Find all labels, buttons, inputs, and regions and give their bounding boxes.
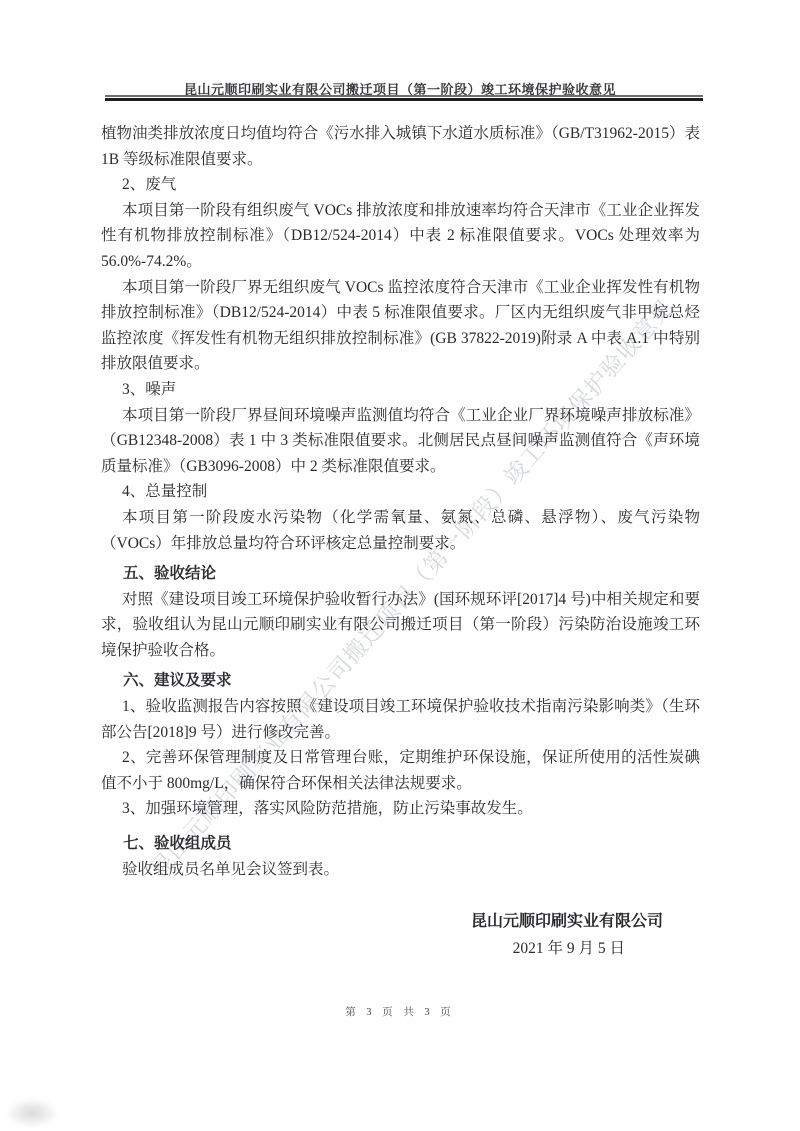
header-rule-thin-line xyxy=(105,95,703,97)
document-page: 昆山元顺印刷实业有限公司搬迁项目（第一阶段）竣工环境保护验收意见 昆山元顺印刷实… xyxy=(0,0,800,1131)
section-heading-members: 七、验收组成员 xyxy=(101,831,700,857)
subheading-noise: 3、噪声 xyxy=(101,377,700,403)
paragraph-suggestion-2: 2、完善环保管理制度及日常管理台账，定期维护环保设施，保证所使用的活性炭碘值不小… xyxy=(101,745,700,796)
paragraph-noise: 本项目第一阶段厂界昼间环境噪声监测值均符合《工业企业厂界环境噪声排放标准》（GB… xyxy=(101,403,700,480)
paragraph-suggestion-1: 1、验收监测报告内容按照《建设项目竣工环境保护验收技术指南污染影响类》（生环部公… xyxy=(101,694,700,745)
section-heading-conclusion: 五、验收结论 xyxy=(101,561,700,587)
header-rule-thick-line xyxy=(105,98,703,101)
subheading-waste-gas: 2、废气 xyxy=(101,172,700,198)
paragraph-waste-gas-organized: 本项目第一阶段有组织废气 VOCs 排放浓度和排放速率均符合天津市《工业企业挥发… xyxy=(101,198,700,275)
paragraph-suggestion-3: 3、加强环境管理，落实风险防范措施，防止污染事故发生。 xyxy=(101,796,700,822)
signature-date: 2021 年 9 月 5 日 xyxy=(101,935,700,962)
scan-artifact-smudge xyxy=(6,1098,58,1128)
paragraph-total-control: 本项目第一阶段废水污染物（化学需氧量、氨氮、总磷、悬浮物）、废气污染物（VOCs… xyxy=(101,505,700,556)
paragraph-conclusion: 对照《建设项目竣工环境保护验收暂行办法》(国环规环评[2017]4 号)中相关规… xyxy=(101,587,700,664)
header-double-rule xyxy=(105,95,703,101)
section-heading-suggestions: 六、建议及要求 xyxy=(101,668,700,694)
paragraph-members: 验收组成员名单见会议签到表。 xyxy=(101,857,700,883)
subheading-total-control: 4、总量控制 xyxy=(101,479,700,505)
paragraph-waste-gas-fugitive: 本项目第一阶段厂界无组织废气 VOCs 监控浓度符合天津市《工业企业挥发性有机物… xyxy=(101,275,700,377)
signature-block: 昆山元顺印刷实业有限公司 2021 年 9 月 5 日 xyxy=(101,908,700,962)
paragraph-wastewater-continuation: 植物油类排放浓度日均值均符合《污水排入城镇下水道水质标准》（GB/T31962-… xyxy=(101,121,700,172)
document-body: 植物油类排放浓度日均值均符合《污水排入城镇下水道水质标准》（GB/T31962-… xyxy=(101,121,700,962)
page-number-footer: 第 3 页 共 3 页 xyxy=(0,1004,800,1019)
signature-company-name: 昆山元顺印刷实业有限公司 xyxy=(101,908,700,935)
